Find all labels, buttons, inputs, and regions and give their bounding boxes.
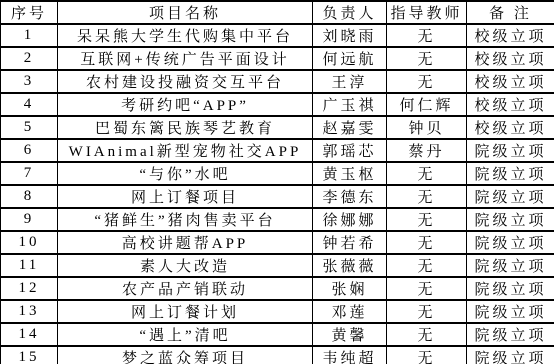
cell-note: 院级立项 — [467, 277, 554, 300]
cell-leader: 张薇薇 — [313, 254, 387, 277]
cell-index: 7 — [1, 162, 58, 185]
cell-leader: 邓莲 — [313, 300, 387, 323]
cell-index: 6 — [1, 139, 58, 162]
cell-advisor: 无 — [387, 346, 467, 364]
cell-name: WIAnimal新型宠物社交APP — [58, 139, 313, 162]
cell-note: 院级立项 — [467, 323, 554, 346]
cell-note: 院级立项 — [467, 162, 554, 185]
cell-advisor: 蔡丹 — [387, 139, 467, 162]
table-row: 12农产品产销联动张娴无院级立项 — [1, 277, 554, 300]
cell-leader: 徐娜娜 — [313, 208, 387, 231]
cell-name: 巴蜀东篱民族琴艺教育 — [58, 116, 313, 139]
table-body: 1呆呆熊大学生代购集中平台刘晓雨无校级立项2互联网+传统广告平面设计何远航无校级… — [1, 24, 554, 364]
table-row: 2互联网+传统广告平面设计何远航无校级立项 — [1, 47, 554, 70]
cell-name: 素人大改造 — [58, 254, 313, 277]
table-row: 5巴蜀东篱民族琴艺教育赵嘉雯钟贝校级立项 — [1, 116, 554, 139]
cell-name: 网上订餐项目 — [58, 185, 313, 208]
cell-index: 1 — [1, 24, 58, 47]
table-row: 4考研约吧“APP”广玉祺何仁辉校级立项 — [1, 93, 554, 116]
cell-leader: 何远航 — [313, 47, 387, 70]
cell-note: 院级立项 — [467, 231, 554, 254]
cell-advisor: 无 — [387, 70, 467, 93]
cell-advisor: 无 — [387, 277, 467, 300]
cell-name: 网上订餐计划 — [58, 300, 313, 323]
cell-leader: 赵嘉雯 — [313, 116, 387, 139]
cell-index: 4 — [1, 93, 58, 116]
cell-note: 校级立项 — [467, 24, 554, 47]
cell-name: 农村建设投融资交互平台 — [58, 70, 313, 93]
cell-index: 13 — [1, 300, 58, 323]
cell-name: 梦之蓝众筹项目 — [58, 346, 313, 364]
header-cell-leader: 负责人 — [313, 1, 387, 24]
cell-name: 高校讲题帮APP — [58, 231, 313, 254]
cell-note: 院级立项 — [467, 346, 554, 364]
cell-advisor: 无 — [387, 231, 467, 254]
table-row: 3农村建设投融资交互平台王淳无校级立项 — [1, 70, 554, 93]
cell-advisor: 何仁辉 — [387, 93, 467, 116]
table-row: 11素人大改造张薇薇无院级立项 — [1, 254, 554, 277]
header-row: 序号 项目名称 负责人 指导教师 备 注 — [1, 1, 554, 24]
cell-note: 校级立项 — [467, 70, 554, 93]
table-row: 6WIAnimal新型宠物社交APP郭瑶芯蔡丹院级立项 — [1, 139, 554, 162]
table-row: 7“与你”水吧黄玉枢无院级立项 — [1, 162, 554, 185]
cell-leader: 钟若希 — [313, 231, 387, 254]
cell-index: 3 — [1, 70, 58, 93]
cell-index: 15 — [1, 346, 58, 364]
table-row: 8网上订餐项目李德东无院级立项 — [1, 185, 554, 208]
cell-advisor: 无 — [387, 323, 467, 346]
cell-index: 10 — [1, 231, 58, 254]
cell-note: 院级立项 — [467, 139, 554, 162]
cell-note: 院级立项 — [467, 254, 554, 277]
header-cell-advisor: 指导教师 — [387, 1, 467, 24]
cell-advisor: 无 — [387, 208, 467, 231]
cell-index: 12 — [1, 277, 58, 300]
cell-leader: 刘晓雨 — [313, 24, 387, 47]
cell-leader: 张娴 — [313, 277, 387, 300]
cell-name: 考研约吧“APP” — [58, 93, 313, 116]
cell-name: “与你”水吧 — [58, 162, 313, 185]
cell-note: 院级立项 — [467, 300, 554, 323]
cell-leader: 黄玉枢 — [313, 162, 387, 185]
cell-name: “猪鲜生”猪肉售卖平台 — [58, 208, 313, 231]
cell-name: 互联网+传统广告平面设计 — [58, 47, 313, 70]
cell-advisor: 无 — [387, 300, 467, 323]
cell-index: 8 — [1, 185, 58, 208]
cell-note: 校级立项 — [467, 93, 554, 116]
table-row: 1呆呆熊大学生代购集中平台刘晓雨无校级立项 — [1, 24, 554, 47]
project-table: 序号 项目名称 负责人 指导教师 备 注 1呆呆熊大学生代购集中平台刘晓雨无校级… — [0, 0, 554, 364]
cell-advisor: 钟贝 — [387, 116, 467, 139]
table-row: 13网上订餐计划邓莲无院级立项 — [1, 300, 554, 323]
cell-note: 校级立项 — [467, 116, 554, 139]
cell-name: “遇上”清吧 — [58, 323, 313, 346]
table-row: 9“猪鲜生”猪肉售卖平台徐娜娜无院级立项 — [1, 208, 554, 231]
cell-index: 9 — [1, 208, 58, 231]
cell-index: 2 — [1, 47, 58, 70]
table-row: 14“遇上”清吧黄馨无院级立项 — [1, 323, 554, 346]
cell-advisor: 无 — [387, 24, 467, 47]
header-cell-note: 备 注 — [467, 1, 554, 24]
cell-leader: 王淳 — [313, 70, 387, 93]
cell-leader: 韦纯超 — [313, 346, 387, 364]
cell-leader: 李德东 — [313, 185, 387, 208]
header-cell-index: 序号 — [1, 1, 58, 24]
cell-note: 院级立项 — [467, 185, 554, 208]
cell-name: 农产品产销联动 — [58, 277, 313, 300]
header-cell-name: 项目名称 — [58, 1, 313, 24]
cell-advisor: 无 — [387, 162, 467, 185]
page: 序号 项目名称 负责人 指导教师 备 注 1呆呆熊大学生代购集中平台刘晓雨无校级… — [0, 0, 554, 364]
cell-advisor: 无 — [387, 254, 467, 277]
cell-note: 院级立项 — [467, 208, 554, 231]
cell-advisor: 无 — [387, 47, 467, 70]
cell-note: 校级立项 — [467, 47, 554, 70]
cell-name: 呆呆熊大学生代购集中平台 — [58, 24, 313, 47]
cell-index: 14 — [1, 323, 58, 346]
table-row: 15梦之蓝众筹项目韦纯超无院级立项 — [1, 346, 554, 364]
cell-advisor: 无 — [387, 185, 467, 208]
cell-index: 5 — [1, 116, 58, 139]
cell-index: 11 — [1, 254, 58, 277]
cell-leader: 黄馨 — [313, 323, 387, 346]
cell-leader: 广玉祺 — [313, 93, 387, 116]
cell-leader: 郭瑶芯 — [313, 139, 387, 162]
table-row: 10高校讲题帮APP钟若希无院级立项 — [1, 231, 554, 254]
